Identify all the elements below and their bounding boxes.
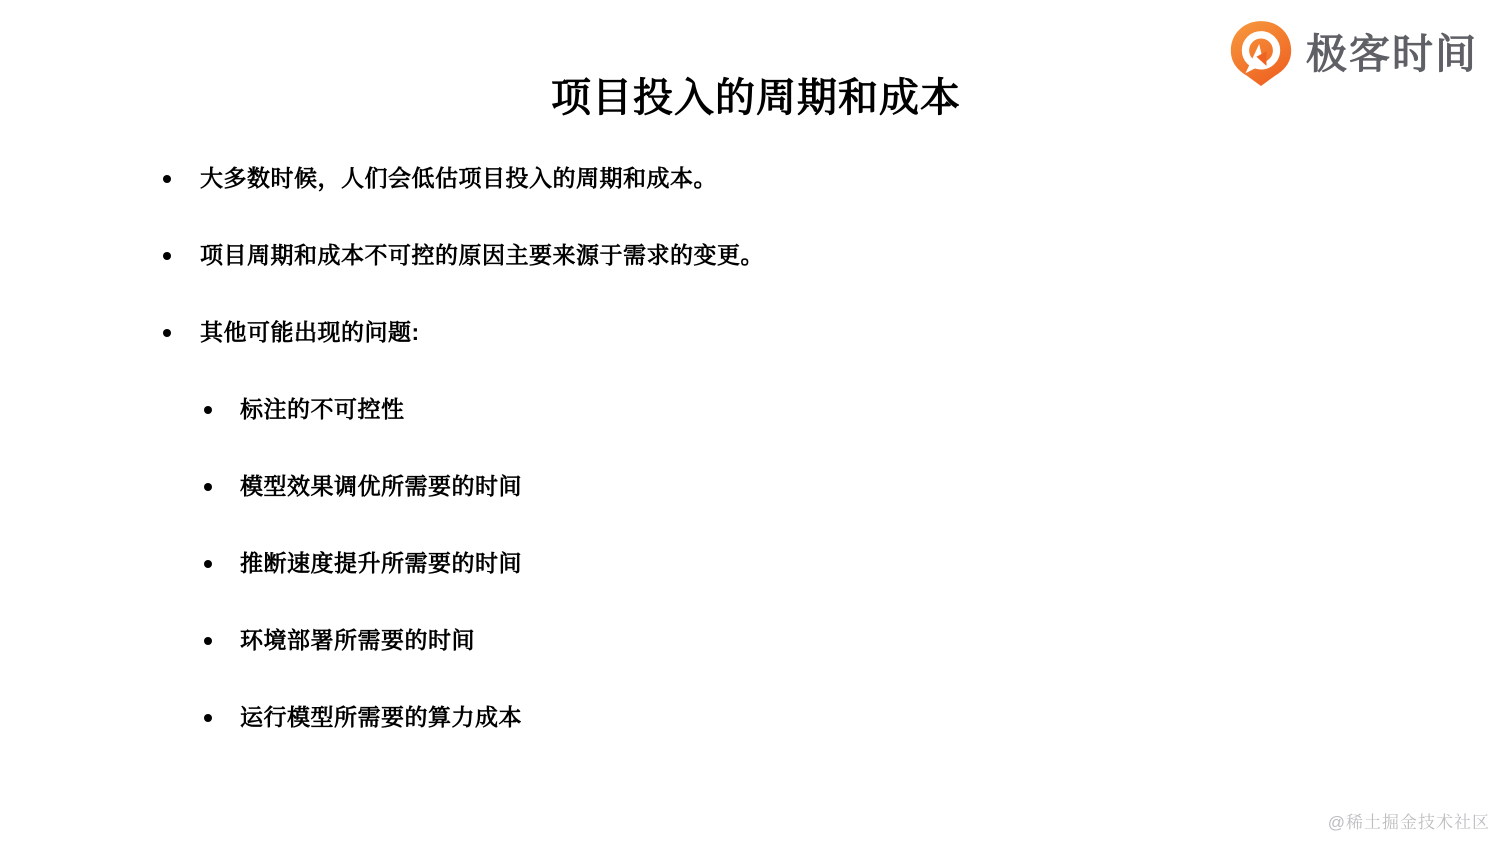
bullet-dot <box>204 406 212 414</box>
bullet-text: 模型效果调优所需要的时间 <box>240 474 522 499</box>
geektime-pin-icon <box>1229 20 1293 88</box>
bullet-dot <box>204 483 212 491</box>
bullet-text: 其他可能出现的问题: <box>200 320 420 345</box>
bullet-text: 推断速度提升所需要的时间 <box>240 551 522 576</box>
bullet-text: 运行模型所需要的算力成本 <box>240 705 522 730</box>
bullet-dot <box>163 329 171 337</box>
geektime-logo-text: 极客时间 <box>1306 34 1478 75</box>
sub-bullet-item: 推断速度提升所需要的时间 <box>0 551 1512 576</box>
sub-bullet-item: 运行模型所需要的算力成本 <box>0 705 1512 730</box>
bullet-dot <box>204 560 212 568</box>
geektime-logo: 极客时间 <box>1229 20 1478 88</box>
sub-bullet-item: 环境部署所需要的时间 <box>0 628 1512 653</box>
bullet-dot <box>204 714 212 722</box>
bullet-text: 项目周期和成本不可控的原因主要来源于需求的变更。 <box>200 243 764 268</box>
bullet-text: 环境部署所需要的时间 <box>240 628 475 653</box>
bullet-item: 项目周期和成本不可控的原因主要来源于需求的变更。 <box>0 243 1512 268</box>
bullet-text: 标注的不可控性 <box>240 397 405 422</box>
sub-bullet-item: 模型效果调优所需要的时间 <box>0 474 1512 499</box>
bullet-item: 其他可能出现的问题: <box>0 320 1512 345</box>
bullet-list: 大多数时候，人们会低估项目投入的周期和成本。 项目周期和成本不可控的原因主要来源… <box>0 166 1512 730</box>
bullet-text: 大多数时候，人们会低估项目投入的周期和成本。 <box>200 166 717 191</box>
watermark: @稀土掘金技术社区 <box>1328 808 1490 833</box>
bullet-item: 大多数时候，人们会低估项目投入的周期和成本。 <box>0 166 1512 191</box>
bullet-dot <box>204 637 212 645</box>
bullet-dot <box>163 175 171 183</box>
sub-bullet-item: 标注的不可控性 <box>0 397 1512 422</box>
bullet-dot <box>163 252 171 260</box>
